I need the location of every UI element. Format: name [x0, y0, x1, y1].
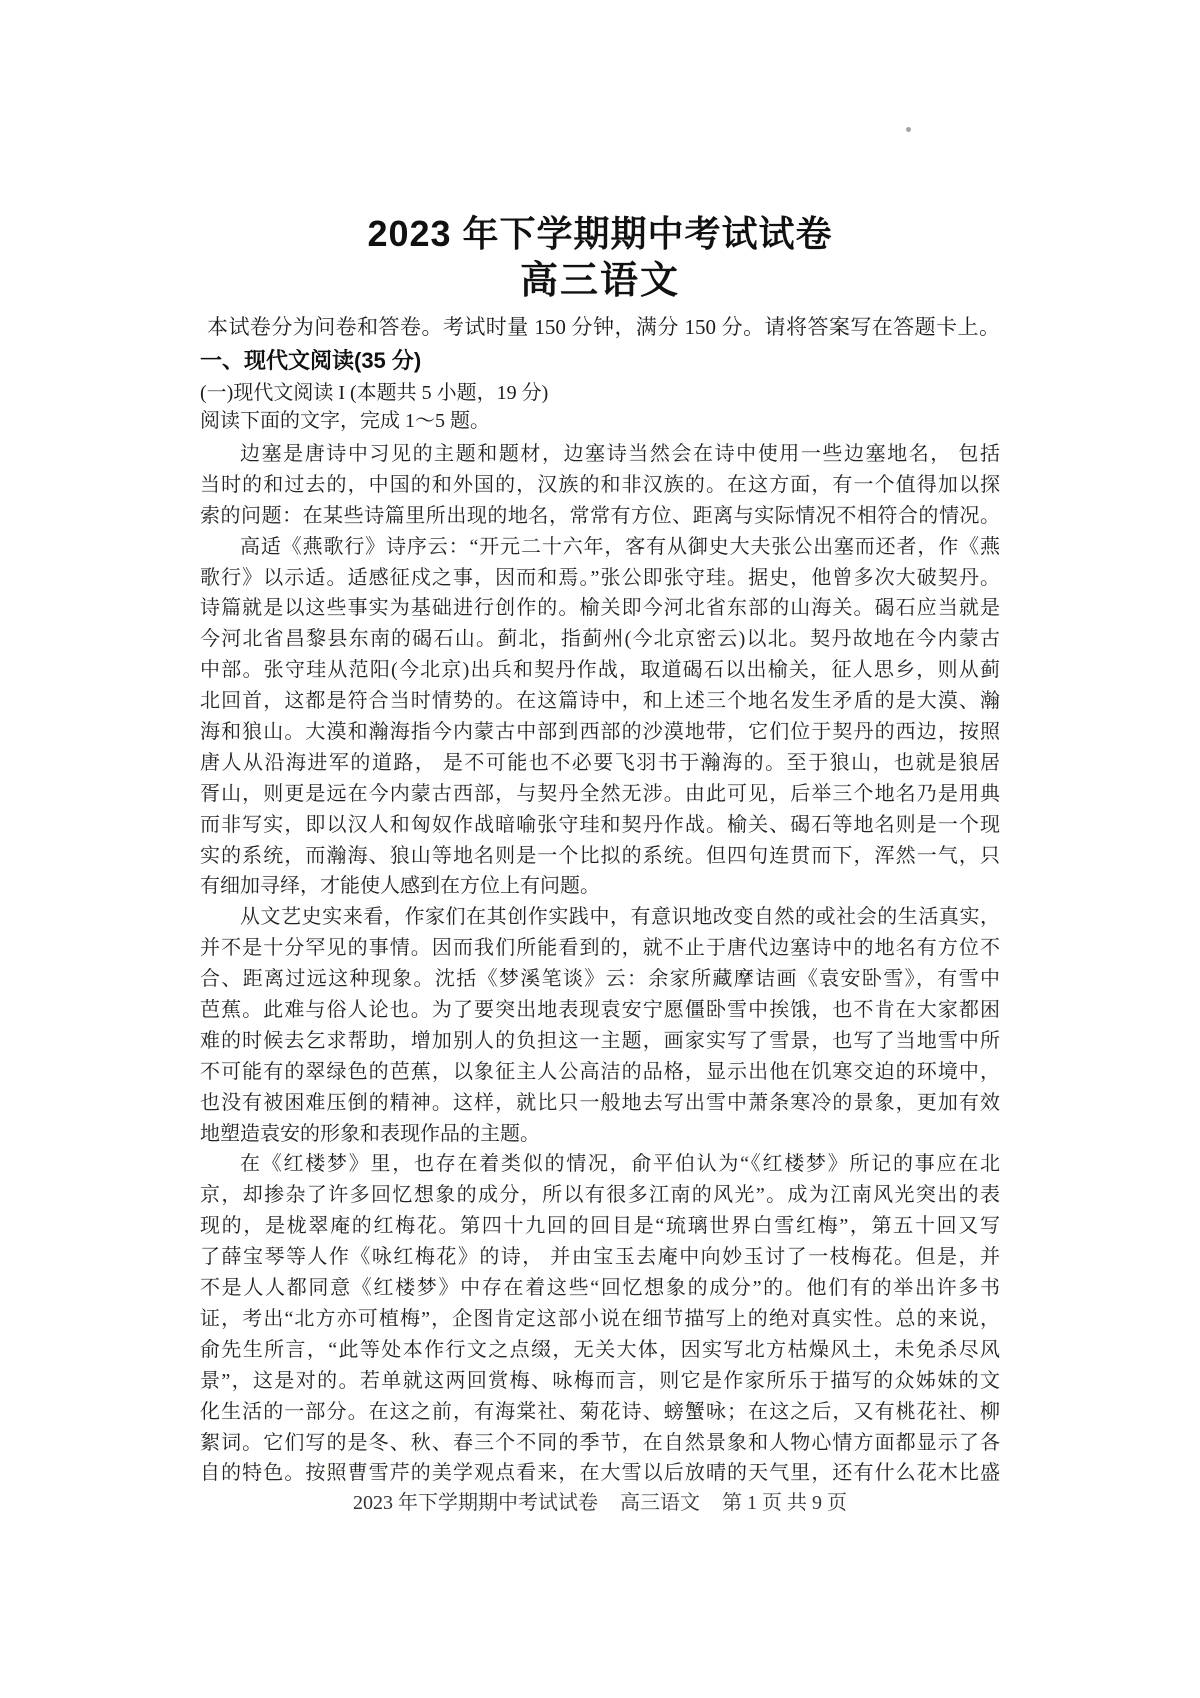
passage-line: 不可能有的翠绿色的芭蕉，以象征主人公高洁的品格，显示出他在饥寒交迫的环境中， [200, 1057, 1000, 1088]
exam-title: 2023 年下学期期中考试试卷 [0, 212, 1200, 256]
passage-line: 当时的和过去的，中国的和外国的，汉族的和非汉族的。在这方面，有一个值得加以探 [200, 470, 1000, 501]
passage-line: 今河北省昌黎县东南的碣石山。蓟北，指蓟州(今北京密云)以北。契丹故地在今内蒙古 [200, 624, 1000, 655]
section-heading: 一、现代文阅读(35 分) [200, 347, 1000, 375]
part-heading: (一)现代文阅读 I (本题共 5 小题，19 分) [200, 380, 1000, 406]
footer-subject: 高三语文 [620, 1492, 700, 1514]
passage-line: 自的特色。按照曹雪芹的美学观点看来，在大雪以后放晴的天气里，还有什么花木比盛 [200, 1458, 1000, 1489]
passage-line: 歌行》以示适。适感征戍之事，因而和焉。”张公即张守珪。据史，他曾多次大破契丹。 [200, 563, 1000, 594]
passage-line: 海和狼山。大漠和瀚海指今内蒙古中部到西部的沙漠地带，它们位于契丹的西边，按照 [200, 717, 1000, 748]
scan-speck [906, 127, 911, 132]
passage-line: 京，却掺杂了许多回忆想象的成分，所以有很多江南的风光”。成为江南风光突出的表 [200, 1180, 1000, 1211]
passage-line: 不是人人都同意《红楼梦》中存在着这些“回忆想象的成分”的。他们有的举出许多书 [200, 1273, 1000, 1304]
passage-line: 北回首，这都是符合当时情势的。在这篇诗中，和上述三个地名发生矛盾的是大漠、瀚 [200, 686, 1000, 717]
passage-line: 了薛宝琴等人作《咏红梅花》的诗， 并由宝玉去庵中向妙玉讨了一枝梅花。但是，并 [200, 1242, 1000, 1273]
passage-line: 在《红楼梦》里，也存在着类似的情况，俞平伯认为“《红楼梦》所记的事应在北 [200, 1149, 1000, 1180]
passage-line: 索的问题：在某些诗篇里所出现的地名，常常有方位、距离与实际情况不相符合的情况。 [200, 501, 1000, 532]
passage-line: 现的，是栊翠庵的红梅花。第四十九回的回目是“琉璃世界白雪红梅”，第五十回又写 [200, 1211, 1000, 1242]
scan-speck [328, 1468, 331, 1471]
passage-line: 从文艺史实来看，作家们在其创作实践中，有意识地改变自然的或社会的生活真实， [200, 902, 1000, 933]
page-footer: 2023 年下学期期中考试试卷高三语文第 1 页 共 9 页 [0, 1490, 1200, 1516]
exam-subject-title: 高三语文 [0, 258, 1200, 304]
passage-line: 而非写实，即以汉人和匈奴作战暗喻张守珪和契丹作战。榆关、碣石等地名则是一个现 [200, 810, 1000, 841]
passage-line: 高适《燕歌行》诗序云：“开元二十六年，客有从御史大夫张公出塞而还者，作《燕 [200, 532, 1000, 563]
passage-line: 俞先生所言，“此等处本作行文之点缀，无关大体，因实写北方枯燥风土，未免杀尽风 [200, 1335, 1000, 1366]
passage-line: 中部。张守珪从范阳(今北京)出兵和契丹作战，取道碣石以出榆关，征人思乡，则从蓟 [200, 655, 1000, 686]
passage-line: 也没有被困难压倒的精神。这样，就比只一般地去写出雪中萧条寒冷的景象，更加有效 [200, 1088, 1000, 1119]
passage-line: 胥山，则更是远在今内蒙古西部，与契丹全然无涉。由此可见，后举三个地名乃是用典 [200, 779, 1000, 810]
passage-line: 化生活的一部分。在这之前，有海棠社、菊花诗、螃蟹咏；在这之后，又有桃花社、柳 [200, 1397, 1000, 1428]
passage-line: 地塑造袁安的形象和表现作品的主题。 [200, 1119, 1000, 1150]
exam-paper-page: 2023 年下学期期中考试试卷 高三语文 本试卷分为问卷和答卷。考试时量 150… [0, 0, 1200, 1698]
passage-line: 唐人从沿海进军的道路， 是不可能也不必要飞羽书于瀚海的。至于狼山，也就是狼居 [200, 748, 1000, 779]
passage-line: 有细加寻绎，才能使人感到在方位上有问题。 [200, 871, 1000, 902]
footer-page-number: 第 1 页 共 9 页 [722, 1492, 847, 1514]
passage-line: 絮词。它们写的是冬、秋、春三个不同的季节，在自然景象和人物心情方面都显示了各 [200, 1428, 1000, 1459]
passage-line: 难的时候去乞求帮助，增加别人的负担这一主题，画家实写了雪景，也写了当地雪中所 [200, 1026, 1000, 1057]
passage-line: 实的系统，而瀚海、狼山等地名则是一个比拟的系统。但四句连贯而下，浑然一气，只 [200, 841, 1000, 872]
passage-text: 边塞是唐诗中习见的主题和题材，边塞诗当然会在诗中使用一些边塞地名， 包括 当时的… [200, 439, 1000, 1489]
passage-line: 芭蕉。此难与俗人论也。为了要突出地表现袁安宁愿僵卧雪中挨饿，也不肯在大家都困 [200, 995, 1000, 1026]
passage-line: 诗篇就是以这些事实为基础进行创作的。榆关即今河北省东部的山海关。碣石应当就是 [200, 593, 1000, 624]
passage-line: 边塞是唐诗中习见的主题和题材，边塞诗当然会在诗中使用一些边塞地名， 包括 [200, 439, 1000, 470]
passage-line: 景”，这是对的。若单就这两回赏梅、咏梅而言，则它是作家所乐于描写的众姊妹的文 [200, 1366, 1000, 1397]
passage-line: 证，考出“北方亦可植梅”，企图肯定这部小说在细节描写上的绝对真实性。总的来说， [200, 1304, 1000, 1335]
exam-notice: 本试卷分为问卷和答卷。考试时量 150 分钟，满分 150 分。请将答案写在答题… [200, 314, 1000, 340]
reading-instruction: 阅读下面的文字，完成 1～5 题。 [200, 408, 1000, 434]
passage-line: 并不是十分罕见的事情。因而我们所能看到的，就不止于唐代边塞诗中的地名有方位不 [200, 933, 1000, 964]
passage-line: 合、距离过远这种现象。沈括《梦溪笔谈》云：余家所藏摩诘画《袁安卧雪》，有雪中 [200, 964, 1000, 995]
footer-exam-title: 2023 年下学期期中考试试卷 [353, 1492, 598, 1514]
